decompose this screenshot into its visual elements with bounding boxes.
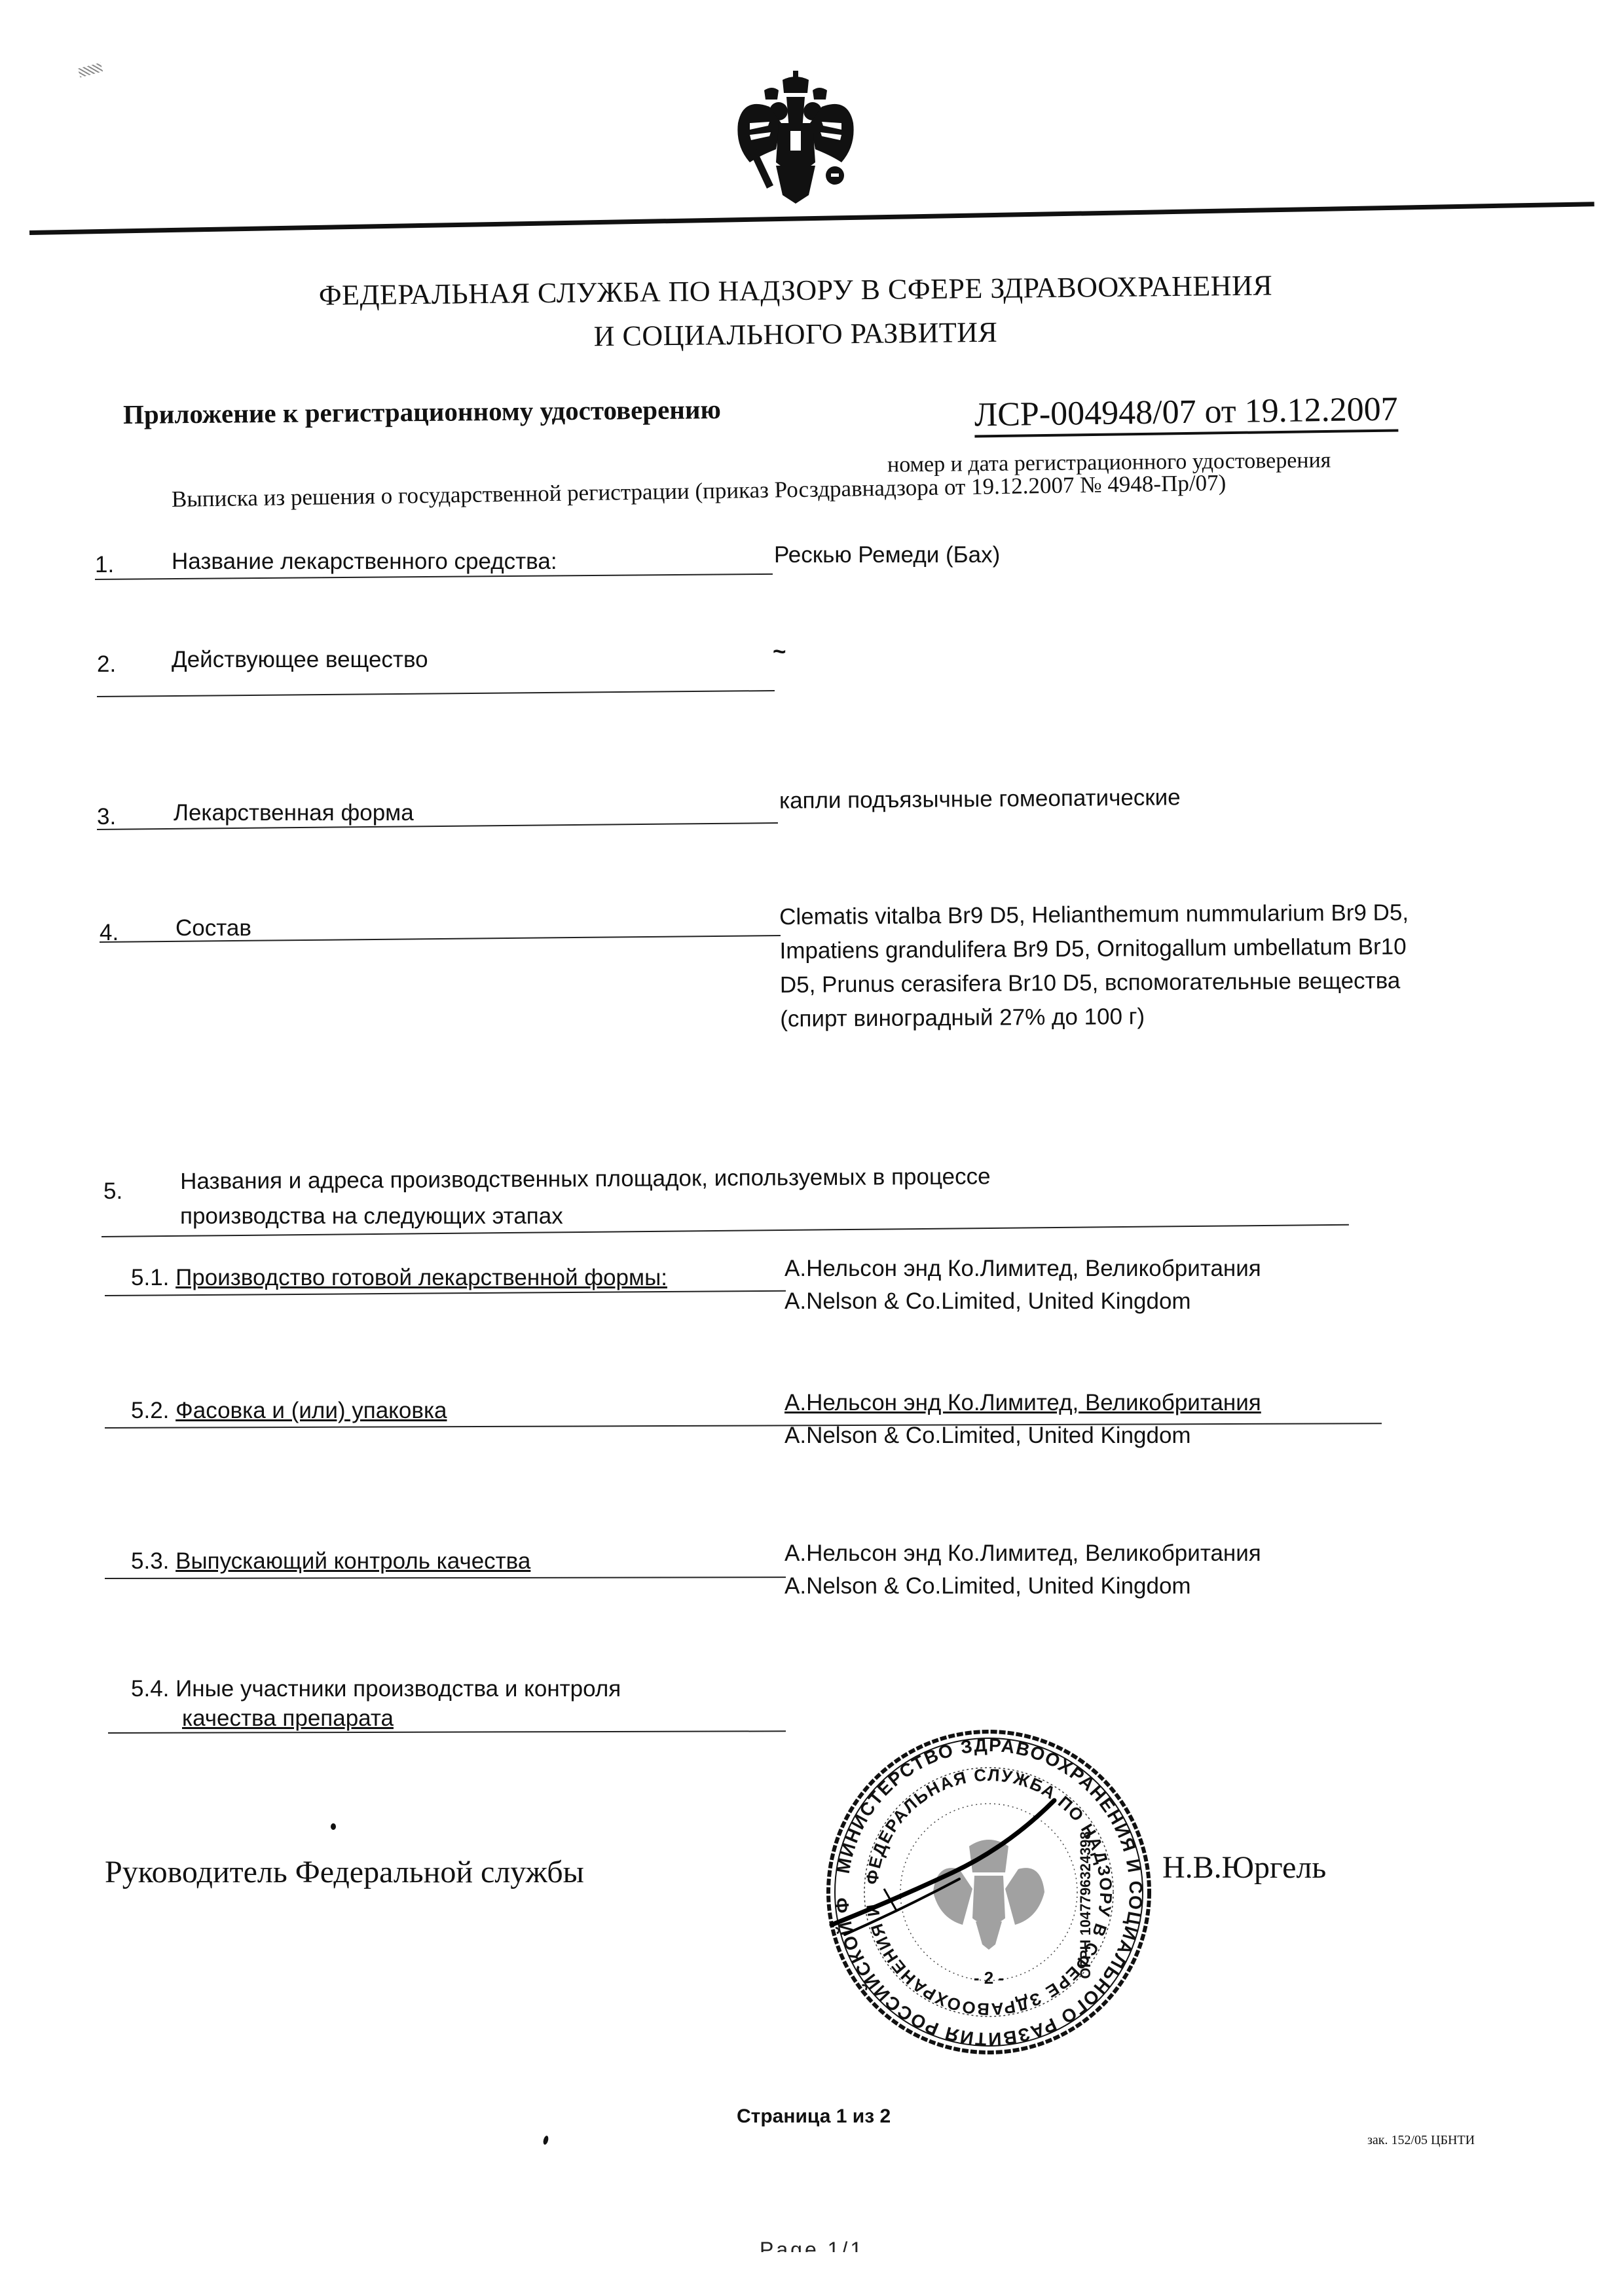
scan-smudge (78, 63, 103, 78)
item-value-drug-name: Рескью Ремеди (Бах) (774, 538, 1000, 572)
signer-name: Н.В.Юргель (1162, 1850, 1326, 1886)
header-divider (29, 202, 1595, 235)
stamp-ogrn: ОГРН 1047796324398 (1077, 1831, 1094, 1978)
item-underline (97, 690, 775, 697)
item-number: 2. (97, 651, 116, 678)
subitem-label-wrap: 5.3. Выпускающий контроль качества (131, 1548, 530, 1575)
subitem-number: 5.4. (131, 1676, 169, 1702)
item-label: Лекарственная форма (174, 800, 414, 826)
subitem-label: Фасовка и (или) упаковка (175, 1398, 447, 1423)
print-order-code: зак. 152/05 ЦБНТИ (1367, 2133, 1475, 2148)
extract-line: Выписка из решения о государственной рег… (172, 470, 1227, 513)
item-label: Название лекарственного средства: (172, 549, 557, 575)
composition-line: Clematis vitalba Br9 D5, Helianthemum nu… (779, 896, 1409, 934)
packager-ru: А.Нельсон энд Ко.Лимитед, Великобритания (784, 1386, 1261, 1420)
item-value-dosage-form: капли подъязычные гомеопатические (779, 780, 1181, 818)
subitem-label-wrap: 5.1. Производство готовой лекарственной … (131, 1265, 667, 1291)
russian-coat-of-arms-icon (730, 71, 861, 205)
subitem-number: 5.3. (131, 1548, 169, 1574)
agency-title-line2: И СОЦИАЛЬНОГО РАЗВИТИЯ (0, 309, 1591, 359)
stamp-number: - 2 - (974, 1968, 1004, 1988)
composition-list: Clematis vitalba Br9 D5, Helianthemum nu… (779, 896, 1409, 1036)
item-value-active-substance: ~ (773, 635, 786, 669)
fax-page-footer: Page 1/1 (760, 2238, 864, 2252)
item-label: Состав (175, 915, 251, 941)
agency-title-line1: ФЕДЕРАЛЬНАЯ СЛУЖБА ПО НАДЗОРУ В СФЕРЕ ЗД… (0, 265, 1591, 315)
quality-control-ru: А.Нельсон энд Ко.Лимитед, Великобритания (784, 1537, 1261, 1571)
scan-dot (542, 2135, 549, 2145)
composition-line: D5, Prunus cerasifera Br10 D5, вспомогат… (780, 964, 1409, 1002)
manufacturer-ru: А.Нельсон энд Ко.Лимитед, Великобритания (784, 1252, 1261, 1286)
subitem-underline (105, 1576, 786, 1579)
item-number: 3. (97, 804, 116, 830)
page-counter: Страница 1 из 2 (737, 2105, 891, 2128)
appendix-label: Приложение к регистрационному удостовере… (123, 393, 721, 430)
item-label-line: Названия и адреса производственных площа… (180, 1163, 991, 1195)
item-label: Действующее вещество (172, 647, 428, 673)
composition-line: Impatiens grandulifera Br9 D5, Ornitogal… (779, 930, 1409, 968)
quality-control-en: A.Nelson & Co.Limited, United Kingdom (784, 1569, 1191, 1603)
manufacturer-en: A.Nelson & Co.Limited, United Kingdom (784, 1285, 1191, 1319)
composition-line: (спирт виноградный 27% до 100 г) (780, 998, 1409, 1036)
item-number: 5. (103, 1178, 122, 1205)
scan-dot (331, 1823, 336, 1830)
subitem-label-wrap: 5.4. Иные участники производства и контр… (131, 1676, 621, 1702)
subitem-label-wrap: 5.2. Фасовка и (или) упаковка (131, 1398, 447, 1424)
official-stamp: МИНИСТЕРСТВО ЗДРАВООХРАНЕНИЯ И СОЦИАЛЬНО… (819, 1722, 1159, 2062)
subitem-number: 5.1. (131, 1265, 169, 1290)
subitem-label: Производство готовой лекарственной формы… (175, 1265, 667, 1290)
subitem-label-line: Иные участники производства и контроля (175, 1676, 621, 1702)
packager-en: A.Nelson & Co.Limited, United Kingdom (784, 1419, 1191, 1453)
subitem-number: 5.2. (131, 1398, 169, 1423)
subitem-label-line: качества препарата (182, 1705, 394, 1732)
item-number: 1. (95, 552, 114, 578)
subitem-underline (105, 1290, 786, 1296)
registration-number: ЛСР-004948/07 от 19.12.2007 (974, 392, 1398, 437)
item-label-line: производства на следующих этапах (180, 1203, 563, 1230)
signer-title: Руководитель Федеральной службы (105, 1854, 584, 1890)
subitem-label: Выпускающий контроль качества (175, 1548, 530, 1574)
